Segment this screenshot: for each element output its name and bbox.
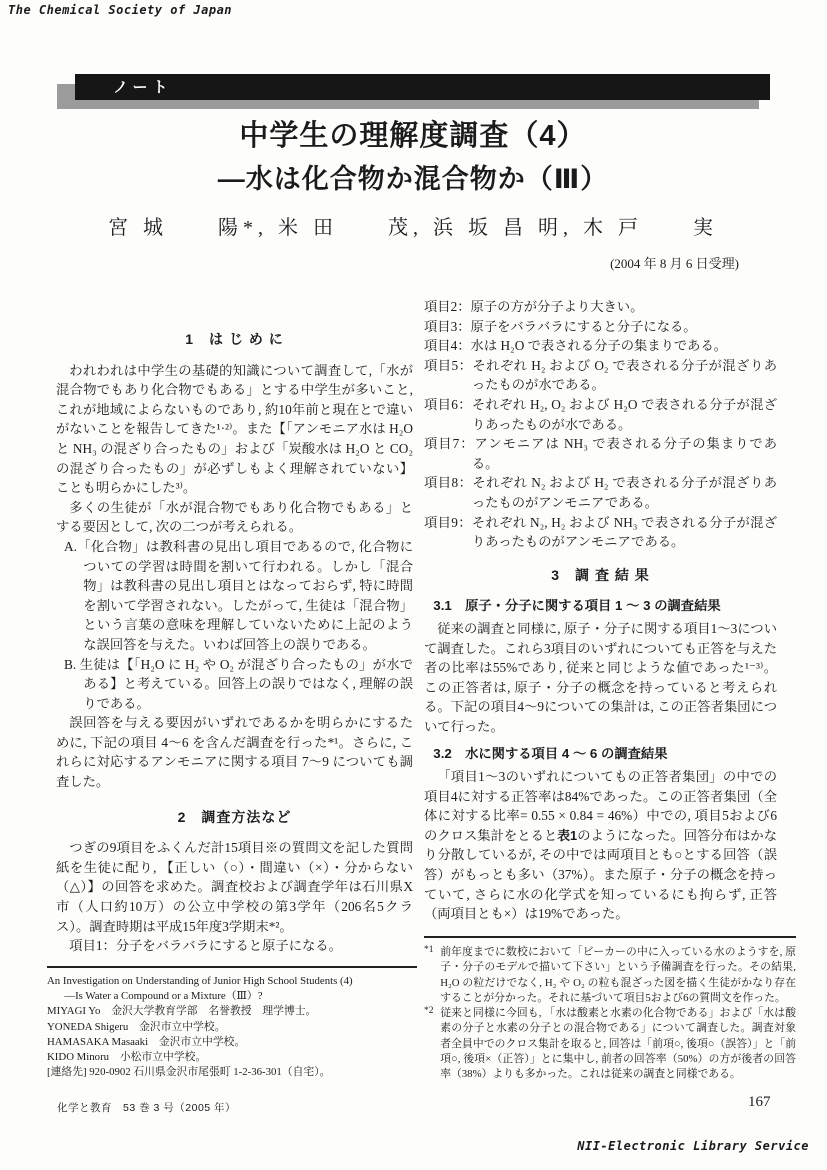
note-banner-label: ノート xyxy=(113,79,173,96)
contact-address: [連絡先] 920-0902 石川県金沢市尾張町 1-2-36-301（自宅）。 xyxy=(47,1065,417,1080)
section-3-1-paragraph: 従来の調査と同様に, 原子・分子に関する項目1～3について調査した。これら3項目… xyxy=(424,619,777,737)
section-3-2-paragraph: 「項目1～3のいずれについてもの正答者集団」の中での項目4に対する正答率は84%… xyxy=(424,767,777,924)
author-line: 宮 城 陽*, 米 田 茂, 浜 坂 昌 明, 木 戸 実 xyxy=(55,211,771,240)
footnote-1-marker: *1 xyxy=(424,943,434,958)
left-column: 1 は じ め に われわれは中学生の基礎的知識について調査して,「水が混合物で… xyxy=(56,318,413,956)
page-number: 167 xyxy=(748,1094,771,1111)
section-1-paragraph-1: われわれは中学生の基礎的知識について調査して,「水が混合物でもあり化合物でもある… xyxy=(56,361,413,498)
author-affiliation-yoneda: YONEDA Shigeru 金沢市立中学校。 xyxy=(47,1020,417,1035)
survey-item-1: 項目1：分子をバラバラにすると原子になる。 xyxy=(56,936,413,956)
section-3-1-heading: 3.1 原子・分子に関する項目 1 ～ 3 の調査結果 xyxy=(424,596,777,616)
survey-item-6: 項目6：それぞれ H₂, O₂ および H₂O で表される分子が混ざりあったもの… xyxy=(424,395,777,434)
footnote-2: *2 従来と同様に今回も, 「水は酸素と水素の化合物である」および「水は酸素の分… xyxy=(424,1006,796,1082)
survey-item-4: 項目4：水は H₂O で表される分子の集まりである。 xyxy=(424,336,777,356)
section-3-heading: 3 調 査 結 果 xyxy=(424,566,777,586)
list-item-b: B. 生徒は【「H₂O に H₂ や O₂ が混ざり合ったもの」が水である】と考… xyxy=(56,655,413,714)
section-2-paragraph-1: つぎの9項目をふくんだ計15項目※の質問文を記した質問紙を生徒に配り, 【正しい… xyxy=(56,838,413,936)
author-affiliation-hamasaka: HAMASAKA Masaaki 金沢市立中学校。 xyxy=(47,1035,417,1050)
journal-footer: 化学と教育 53 巻 3 号（2005 年） xyxy=(57,1100,236,1115)
survey-item-5: 項目5：それぞれ H₂ および O₂ で表される分子が混ざりあったものが水である… xyxy=(424,356,777,395)
author-affiliation-miyagi: MIYAGI Yo 金沢大学教育学部 名誉教授 理学博士。 xyxy=(47,1004,417,1019)
survey-item-3: 項目3：原子をバラバラにすると分子になる。 xyxy=(424,317,777,337)
list-item-a: A.「化合物」は教科書の見出し項目であるので, 化合物についての学習は時間を割い… xyxy=(56,537,413,655)
survey-item-2: 項目2：原子の方が分子より大きい。 xyxy=(424,297,777,317)
title-block: 中学生の理解度調査（4） ―水は化合物か混合物か（Ⅲ） 宮 城 陽*, 米 田 … xyxy=(55,113,771,272)
section-1-paragraph-3: 誤回答を与える要因がいずれであるかを明らかにするために, 下記の項目 4～6 を… xyxy=(56,713,413,791)
survey-item-8: 項目8：それぞれ N₂ および H₂ で表される分子が混ざりあったものがアンモニ… xyxy=(424,473,777,512)
survey-item-9: 項目9：それぞれ N₂, H₂ および NH₃ で表される分子が混ざりあったもの… xyxy=(424,513,777,552)
received-date: (2004 年 8 月 6 日受理) xyxy=(55,253,771,272)
english-title-line-2: ―Is Water a Compound or a Mixture（Ⅲ）? xyxy=(47,989,417,1004)
survey-item-7: 項目7：アンモニアは NH₃ で表される分子の集まりである。 xyxy=(424,434,777,473)
footnote-1-text: 前年度までに数校において「ビーカーの中に入っている水のようすを, 原子・分子のモ… xyxy=(440,946,796,1004)
footnote-1: *1 前年度までに数校において「ビーカーの中に入っている水のようすを, 原子・分… xyxy=(424,945,796,1006)
english-title-line-1: An Investigation on Understanding of Jun… xyxy=(47,974,417,989)
right-column: 項目2：原子の方が分子より大きい。 項目3：原子をバラバラにすると分子になる。 … xyxy=(424,297,777,924)
section-3-2-heading: 3.2 水に関する項目 4 ～ 6 の調査結果 xyxy=(424,744,777,764)
section-1-paragraph-2: 多くの生徒が「水が混合物でもあり化合物でもある」とする要因として, 次の二つが考… xyxy=(56,498,413,537)
left-footnote-block: An Investigation on Understanding of Jun… xyxy=(47,966,417,1080)
footnote-2-text: 従来と同様に今回も, 「水は酸素と水素の化合物である」および「水は酸素の分子と水… xyxy=(440,1007,796,1080)
section-2-heading: 2 調査方法など xyxy=(56,808,413,828)
author-affiliation-kido: KIDO Minoru 小松市立中学校。 xyxy=(47,1050,417,1065)
publisher-header: The Chemical Society of Japan xyxy=(8,3,232,17)
right-footnote-block: *1 前年度までに数校において「ビーカーの中に入っている水のようすを, 原子・分… xyxy=(424,936,796,1083)
table-1-reference: 表1 xyxy=(557,828,577,843)
note-banner: ノート xyxy=(75,74,770,100)
footnote-2-marker: *2 xyxy=(424,1004,434,1019)
library-service-footer: NII-Electronic Library Service xyxy=(577,1139,809,1153)
paper-title: 中学生の理解度調査（4） xyxy=(55,113,771,154)
paper-subtitle: ―水は化合物か混合物か（Ⅲ） xyxy=(55,157,771,196)
scanned-paper-page: { "page": { "publisher": "The Chemical S… xyxy=(0,0,827,1170)
section-1-heading: 1 は じ め に xyxy=(56,330,413,350)
